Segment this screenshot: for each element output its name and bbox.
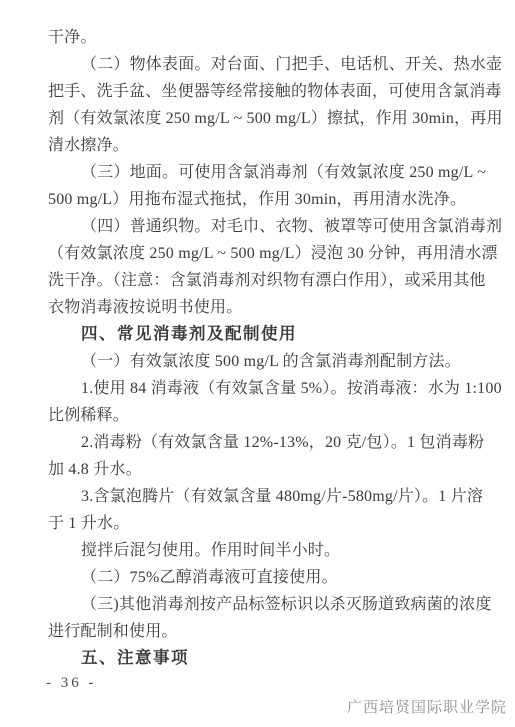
institution-watermark: 广西培贤国际职业学院 (347, 697, 507, 719)
paragraph-tail-line: 干净。 (48, 24, 468, 51)
step-2-disinfectant-powder-line: 2.消毒粉（有效氯含量 12%-13%，20 克/包）。1 包消毒粉 (48, 429, 468, 456)
item-3-floor-line: （三）地面。可使用含氯消毒剂（有效氯浓度 250 mg/L ~ (48, 159, 468, 186)
body-line: （有效氯浓度 250 mg/L ~ 500 mg/L）浸泡 30 分钟，再用清水… (48, 240, 468, 267)
step-3-effervescent-tablet-line: 3.含氯泡腾片（有效氯含量 480mg/片-580mg/片）。1 片溶 (48, 483, 468, 510)
item-2-ethanol-line: （二）75%乙醇消毒液可直接使用。 (48, 564, 468, 591)
body-line: 洗干净。（注意：含氯消毒剂对织物有漂白作用），或采用其他 (48, 267, 468, 294)
paragraph-tail-line: 加 4.8 升水。 (48, 456, 468, 483)
body-line: 500 mg/L）用拖布湿式拖拭，作用 30min，再用清水洗净。 (48, 186, 468, 213)
paragraph-tail-line: 比例稀释。 (48, 402, 468, 429)
paragraph-tail-line: 衣物消毒液按说明书使用。 (48, 294, 468, 321)
stir-instruction-line: 搅拌后混匀使用。作用时间半小时。 (48, 537, 468, 564)
page-number: - 36 - (46, 672, 97, 694)
section-4-heading: 四、常见消毒剂及配制使用 (48, 321, 468, 348)
body-line: 剂（有效氯浓度 250 mg/L ~ 500 mg/L）擦拭，作用 30min，… (48, 105, 468, 132)
paragraph-tail-line: 于 1 升水。 (48, 510, 468, 537)
item-1-preparation-method-line: （一）有效氯浓度 500 mg/L 的含氯消毒剂配制方法。 (48, 348, 468, 375)
section-5-heading: 五、注意事项 (48, 645, 468, 672)
body-line: 把手、洗手盆、坐便器等经常接触的物体表面，可使用含氯消毒 (48, 78, 468, 105)
item-4-fabrics-line: （四）普通织物。对毛巾、衣物、被罩等可使用含氯消毒剂 (48, 213, 468, 240)
paragraph-tail-line: 进行配制和使用。 (48, 618, 468, 645)
step-1-84-disinfectant-line: 1.使用 84 消毒液（有效氯含量 5%）。按消毒液：水为 1:100 (48, 375, 468, 402)
paragraph-tail-line: 清水擦净。 (48, 132, 468, 159)
document-page: 干净。 （二）物体表面。对台面、门把手、电话机、开关、热水壶 把手、洗手盆、坐便… (0, 0, 515, 727)
document-body: 干净。 （二）物体表面。对台面、门把手、电话机、开关、热水壶 把手、洗手盆、坐便… (48, 24, 468, 672)
item-3-other-disinfectants-line: （三)其他消毒剂按产品标签标识以杀灭肠道致病菌的浓度 (48, 591, 468, 618)
item-2-object-surfaces-line: （二）物体表面。对台面、门把手、电话机、开关、热水壶 (48, 51, 468, 78)
